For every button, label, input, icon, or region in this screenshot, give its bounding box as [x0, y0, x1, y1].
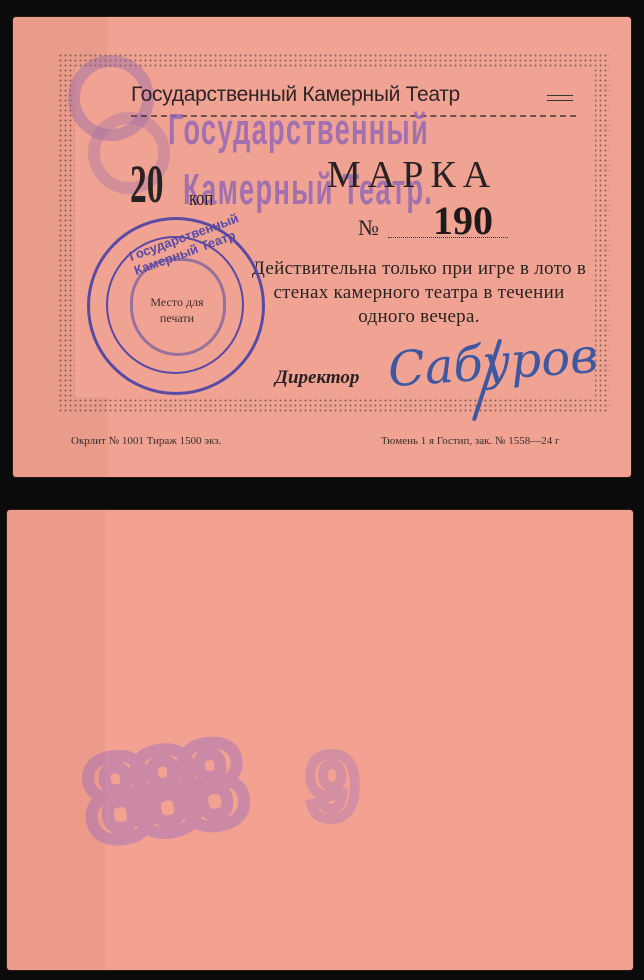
- ticket-title: МАРКА: [327, 153, 497, 197]
- validity-text: Действительна только при игре в лото в с…: [249, 257, 589, 329]
- footer-printer-info: Тюмень 1 я Гостип, зак. № 1558—24 г: [381, 435, 560, 447]
- theatre-header: Государственный Камерный Театр: [131, 83, 460, 107]
- violet-number-stamp: 888: [76, 716, 236, 871]
- number-label: №: [358, 215, 379, 241]
- header-ornament: [547, 95, 573, 96]
- overprint-line-1: Государственный: [168, 105, 429, 155]
- ticket-front: Государственный Камерный Театр Государст…: [13, 17, 631, 477]
- violet-partial-stamp: 9: [307, 735, 358, 840]
- denomination-unit: коп: [189, 185, 213, 211]
- footer-print-info: Окрлит № 1001 Тираж 1500 экз.: [71, 435, 221, 447]
- seal-center-text: Место для печати: [142, 294, 212, 326]
- director-label: Директор: [275, 367, 359, 389]
- round-seal: Государственный Камерный Театр Место для…: [87, 217, 265, 395]
- serial-number: 190: [433, 197, 493, 244]
- ticket-back: 888 9: [7, 510, 633, 970]
- denomination: 20: [130, 153, 163, 215]
